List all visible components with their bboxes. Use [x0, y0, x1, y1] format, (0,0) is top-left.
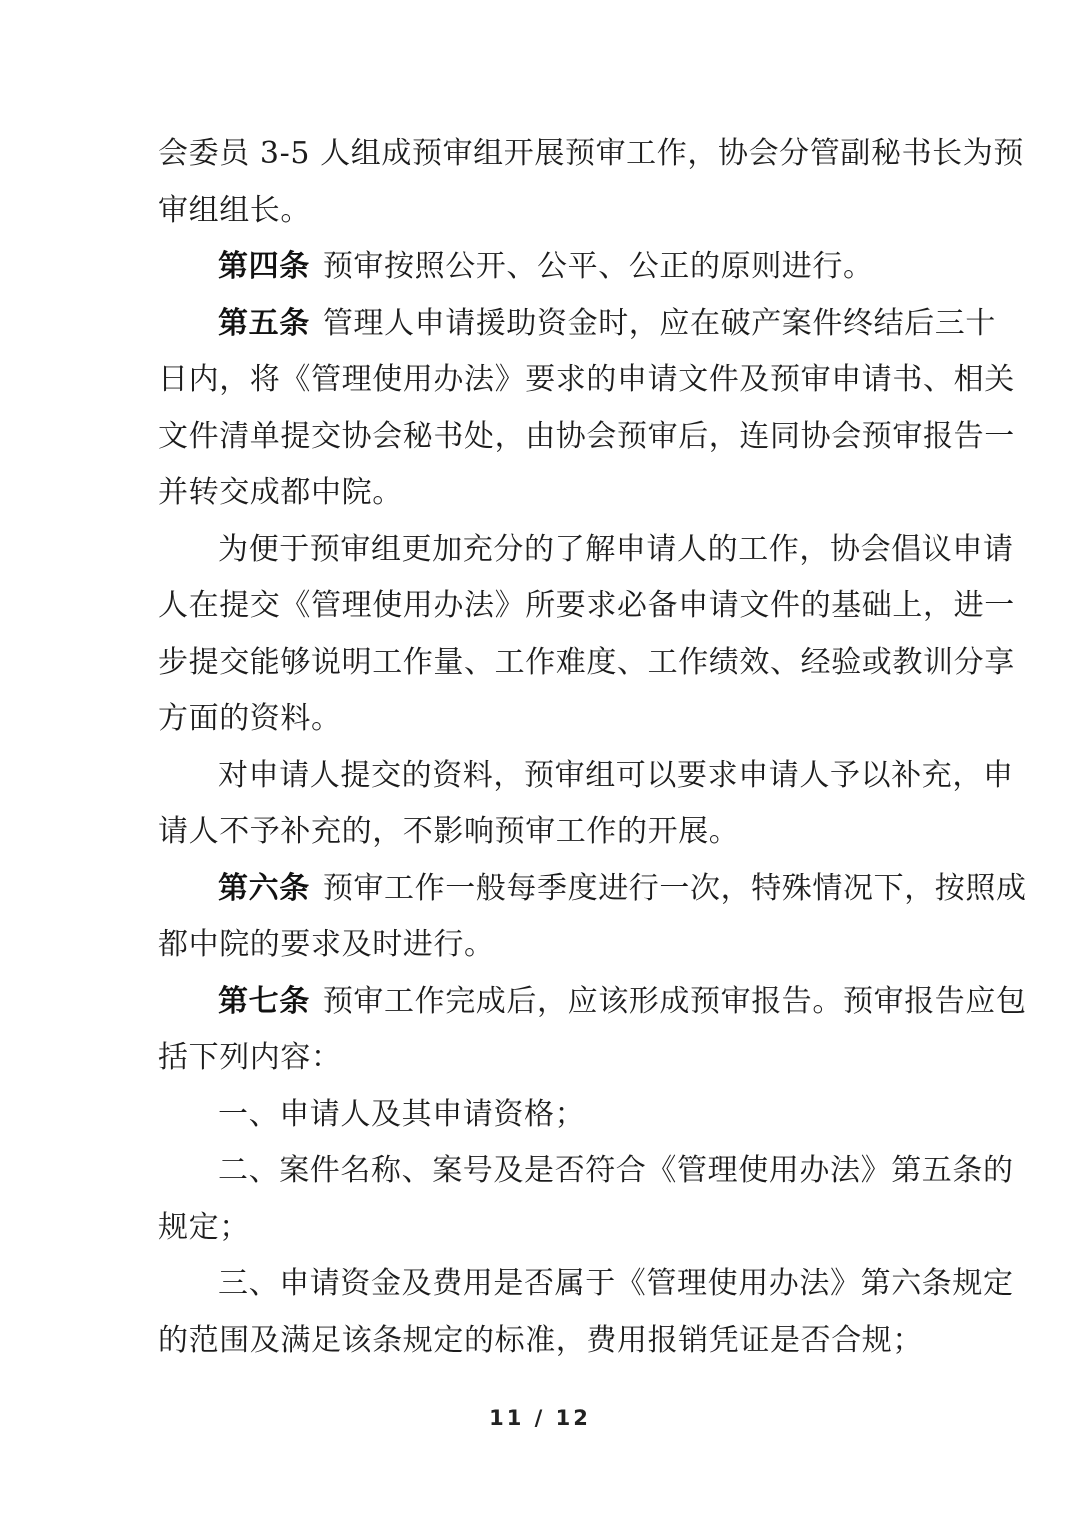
article-6-line: 第六条预审工作一般每季度进行一次，特殊情况下，按照成	[158, 861, 926, 918]
paragraph-line: 对申请人提交的资料，预审组可以要求申请人予以补充，申	[158, 748, 926, 805]
article-number: 第六条	[218, 871, 310, 906]
line-text: 为便于预审组更加充分的了解申请人的工作，协会倡议申请	[218, 532, 1014, 567]
paragraph-line: 方面的资料。	[158, 691, 926, 748]
paragraph-line: 会委员 3-5 人组成预审组开展预审工作，协会分管副秘书长为预	[158, 126, 926, 183]
paragraph-line: 审组组长。	[158, 183, 926, 240]
article-7-line: 第七条预审工作完成后，应该形成预审报告。预审报告应包	[158, 974, 926, 1031]
article-4-line: 第四条预审按照公开、公平、公正的原则进行。	[158, 239, 926, 296]
article-5-line: 第五条管理人申请援助资金时，应在破产案件终结后三十	[158, 296, 926, 353]
line-text: 步提交能够说明工作量、工作难度、工作绩效、经验或教训分享	[158, 645, 1015, 680]
document-body: 会委员 3-5 人组成预审组开展预审工作，协会分管副秘书长为预 审组组长。 第四…	[158, 126, 926, 1369]
line-text: 规定；	[158, 1210, 250, 1245]
paragraph-line: 并转交成都中院。	[158, 465, 926, 522]
line-text: 文件清单提交协会秘书处，由协会预审后，连同协会预审报告一	[158, 419, 1015, 454]
paragraph-line: 为便于预审组更加充分的了解申请人的工作，协会倡议申请	[158, 522, 926, 579]
line-text: 二、案件名称、案号及是否符合《管理使用办法》第五条的	[218, 1153, 1014, 1188]
line-text: 预审工作一般每季度进行一次，特殊情况下，按照成	[323, 871, 1027, 906]
article-number: 第五条	[218, 306, 310, 341]
paragraph-line: 日内，将《管理使用办法》要求的申请文件及预审申请书、相关	[158, 352, 926, 409]
article-number: 第四条	[218, 249, 310, 284]
list-item-1: 一、申请人及其申请资格；	[158, 1087, 926, 1144]
paragraph-line: 步提交能够说明工作量、工作难度、工作绩效、经验或教训分享	[158, 635, 926, 692]
line-text: 预审工作完成后，应该形成预审报告。预审报告应包	[323, 984, 1027, 1019]
page-number: 11 / 12	[489, 1406, 591, 1430]
article-number: 第七条	[218, 984, 310, 1019]
line-text: 会委员 3-5 人组成预审组开展预审工作，协会分管副秘书长为预	[158, 136, 1024, 171]
line-text: 括下列内容：	[158, 1040, 342, 1075]
line-text: 预审按照公开、公平、公正的原则进行。	[323, 249, 874, 284]
paragraph-line: 人在提交《管理使用办法》所要求必备申请文件的基础上，进一	[158, 578, 926, 635]
paragraph-line: 文件清单提交协会秘书处，由协会预审后，连同协会预审报告一	[158, 409, 926, 466]
paragraph-line: 都中院的要求及时进行。	[158, 917, 926, 974]
line-text: 三、申请资金及费用是否属于《管理使用办法》第六条规定	[218, 1266, 1014, 1301]
line-text: 并转交成都中院。	[158, 475, 403, 510]
line-text: 管理人申请援助资金时，应在破产案件终结后三十	[323, 306, 996, 341]
line-text: 审组组长。	[158, 193, 311, 228]
paragraph-line: 规定；	[158, 1200, 926, 1257]
paragraph-line: 的范围及满足该条规定的标准，费用报销凭证是否合规；	[158, 1313, 926, 1370]
line-text: 对申请人提交的资料，预审组可以要求申请人予以补充，申	[218, 758, 1014, 793]
paragraph-line: 括下列内容：	[158, 1030, 926, 1087]
page-footer: 11 / 12	[0, 1406, 1080, 1430]
document-page: 会委员 3-5 人组成预审组开展预审工作，协会分管副秘书长为预 审组组长。 第四…	[0, 0, 1080, 1527]
line-text: 日内，将《管理使用办法》要求的申请文件及预审申请书、相关	[158, 362, 1015, 397]
line-text: 都中院的要求及时进行。	[158, 927, 495, 962]
line-text: 请人不予补充的，不影响预审工作的开展。	[158, 814, 739, 849]
line-text: 一、申请人及其申请资格；	[218, 1097, 585, 1132]
list-item-3: 三、申请资金及费用是否属于《管理使用办法》第六条规定	[158, 1256, 926, 1313]
line-text: 人在提交《管理使用办法》所要求必备申请文件的基础上，进一	[158, 588, 1015, 623]
paragraph-line: 请人不予补充的，不影响预审工作的开展。	[158, 804, 926, 861]
line-text: 的范围及满足该条规定的标准，费用报销凭证是否合规；	[158, 1323, 923, 1358]
line-text: 方面的资料。	[158, 701, 342, 736]
list-item-2: 二、案件名称、案号及是否符合《管理使用办法》第五条的	[158, 1143, 926, 1200]
